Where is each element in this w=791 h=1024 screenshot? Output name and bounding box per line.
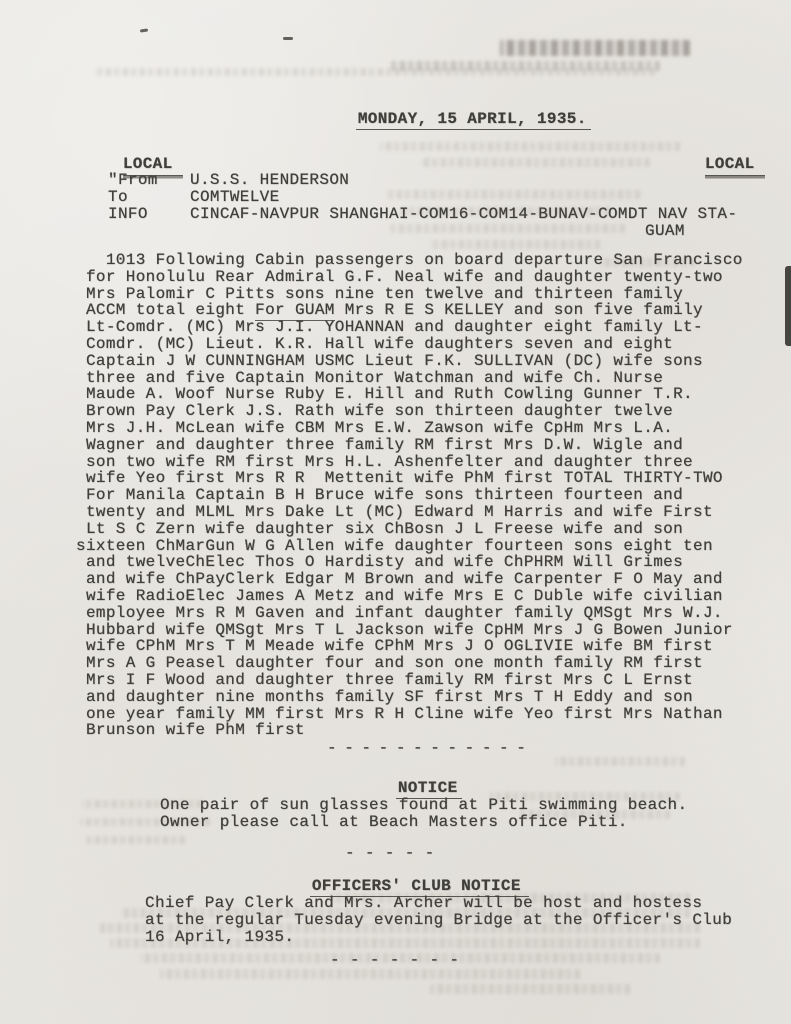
text-line: Captain J W CUNNINGHAM USMC Lieut F.K. S… xyxy=(76,353,743,370)
text-line: employee Mrs R M Gaven and infant daught… xyxy=(76,605,743,622)
page-title: MONDAY, 15 APRIL, 1935. xyxy=(316,94,591,144)
message-header-row: "FromU.S.S. HENDERSON xyxy=(108,172,737,189)
text-line: Wagner and daughter three family RM firs… xyxy=(76,437,743,454)
text-line: Brunson wife PhM first xyxy=(76,722,743,739)
text-line: Mrs J.H. McLean wife CBM Mrs E.W. Zawson… xyxy=(76,420,743,437)
text-line: 16 April, 1935. xyxy=(145,929,732,946)
ink-speck xyxy=(140,28,148,32)
text-line: wife Yeo first Mrs R R Mettenit wife PhM… xyxy=(76,470,743,487)
text-line: ACCM total eight For GUAM Mrs R E S KELL… xyxy=(76,302,743,319)
dashed-separator: - - - - - - - xyxy=(330,952,459,969)
text-line: one year family MM first Mrs R H Cline w… xyxy=(76,706,743,723)
text-line: Mrs Palomir C Pitts sons nine ten twelve… xyxy=(76,286,743,303)
text-line: and daughter nine months family SF first… xyxy=(76,689,743,706)
header-field-value: CINCAF-NAVPUR SHANGHAI-COM16-COM14-BUNAV… xyxy=(190,205,737,223)
bleedthrough-line xyxy=(430,240,600,249)
text-line: Owner please call at Beach Masters offic… xyxy=(160,814,687,831)
text-line: For Manila Captain B H Bruce wife sons t… xyxy=(76,487,743,504)
scan-edge-mark xyxy=(785,266,791,346)
message-header-continuation: GUAM xyxy=(645,223,685,240)
bleedthrough-line xyxy=(85,836,185,844)
bleedthrough-line xyxy=(430,984,630,994)
header-field-label: "From xyxy=(108,172,190,189)
bleedthrough-line xyxy=(95,68,655,76)
ink-speck xyxy=(283,37,293,40)
header-field-label: INFO xyxy=(108,206,190,223)
page-title-text: MONDAY, 15 APRIL, 1935. xyxy=(356,110,591,130)
text-line: son two wife RM first Mrs H.L. Ashenfelt… xyxy=(76,454,743,471)
message-body: 1013 Following Cabin passengers on board… xyxy=(76,252,743,739)
text-line: three and five Captain Monitor Watchman … xyxy=(76,370,743,387)
header-field-value: COMTWELVE xyxy=(190,188,280,206)
text-line: Hubbard wife QMSgt Mrs T L Jackson wife … xyxy=(76,622,743,639)
text-line: Comdr. (MC) Lieut. K.R. Hall wife daught… xyxy=(76,336,743,353)
message-header: "FromU.S.S. HENDERSONToCOMTWELVEINFOCINC… xyxy=(108,172,737,223)
text-line: Lt S C Zern wife daughter six ChBosn J L… xyxy=(76,521,743,538)
bleedthrough-line xyxy=(390,224,625,233)
header-field-value: U.S.S. HENDERSON xyxy=(190,171,349,189)
text-line: Mrs I F Wood and daughter three family R… xyxy=(76,672,743,689)
text-line: Brown Pay Clerk J.S. Rath wife son thirt… xyxy=(76,403,743,420)
message-header-row: ToCOMTWELVE xyxy=(108,189,737,206)
text-line: wife RadioElec James A Metz and wife Mrs… xyxy=(76,588,743,605)
bleedthrough-line xyxy=(420,158,650,167)
scanned-document-page: MONDAY, 15 APRIL, 1935. LOCAL LOCAL "Fro… xyxy=(0,0,791,1024)
dashed-separator: - - - - - xyxy=(345,845,435,862)
bleedthrough-line xyxy=(160,969,580,979)
header-field-label: To xyxy=(108,189,190,206)
club-notice-body: Chief Pay Clerk and Mrs. Archer will be … xyxy=(145,895,732,945)
text-line: at the regular Tuesday evening Bridge at… xyxy=(145,912,732,929)
bleedthrough-line xyxy=(555,757,685,766)
notice-body: One pair of sun glasses found at Piti sw… xyxy=(160,797,687,831)
text-line: 1013 Following Cabin passengers on board… xyxy=(76,252,743,269)
text-line: Lt-Comdr. (MC) Mrs J.I. YOHANNAN and dau… xyxy=(76,319,743,336)
text-line: sixteen ChMarGun W G Allen wife daughter… xyxy=(76,538,743,555)
text-line: One pair of sun glasses found at Piti sw… xyxy=(160,797,687,814)
text-line: twenty and MLML Mrs Dake Lt (MC) Edward … xyxy=(76,504,743,521)
text-line: and wife ChPayClerk Edgar M Brown and wi… xyxy=(76,571,743,588)
text-line: Chief Pay Clerk and Mrs. Archer will be … xyxy=(145,895,732,912)
text-line: for Honolulu Rear Admiral G.F. Neal wife… xyxy=(76,269,743,286)
dashed-separator: - - - - - - - - - - - - xyxy=(327,740,525,757)
text-line: Mrs A G Peasel daughter four and son one… xyxy=(76,655,743,672)
text-line: Maude A. Woof Nurse Ruby E. Hill and Rut… xyxy=(76,386,743,403)
message-header-row: INFOCINCAF-NAVPUR SHANGHAI-COM16-COM14-B… xyxy=(108,206,737,223)
text-line: wife CPhM Mrs T M Meade wife CPhM Mrs J … xyxy=(76,638,743,655)
bleedthrough-headline xyxy=(500,40,690,56)
text-line: and twelveChElec Thos O Hardisty and wif… xyxy=(76,554,743,571)
